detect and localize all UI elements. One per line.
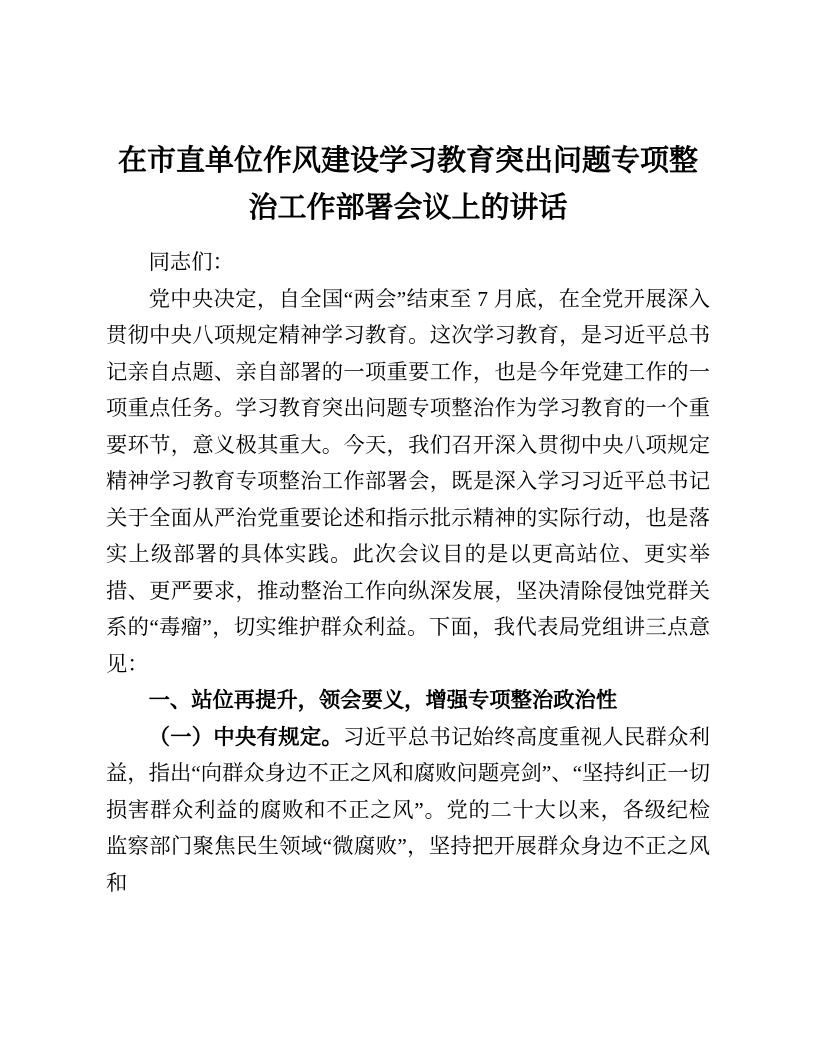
section1-paragraph-text: 习近平总书记始终高度重视人民群众利益，指出“向群众身边不正之风和腐败问题亮剑”、… bbox=[106, 725, 710, 895]
salutation: 同志们： bbox=[106, 244, 710, 281]
intro-paragraph: 党中央决定，自全国“两会”结束至 7 月底，在全党开展深入贯彻中央八项规定精神学… bbox=[106, 281, 710, 683]
document-page: 在市直单位作风建设学习教育突出问题专项整治工作部署会议上的讲话 同志们： 党中央… bbox=[0, 0, 816, 1056]
section-heading-1: 一、站位再提升，领会要义，增强专项整治政治性 bbox=[106, 682, 710, 719]
intro-paragraph-text: 党中央决定，自全国“两会”结束至 7 月底，在全党开展深入贯彻中央八项规定精神学… bbox=[106, 287, 710, 676]
document-title: 在市直单位作风建设学习教育突出问题专项整治工作部署会议上的讲话 bbox=[106, 138, 710, 232]
section1-paragraph-lead: （一）中央有规定。 bbox=[149, 725, 343, 749]
section1-paragraph: （一）中央有规定。习近平总书记始终高度重视人民群众利益，指出“向群众身边不正之风… bbox=[106, 719, 710, 902]
document-body: 在市直单位作风建设学习教育突出问题专项整治工作部署会议上的讲话 同志们： 党中央… bbox=[106, 0, 710, 901]
